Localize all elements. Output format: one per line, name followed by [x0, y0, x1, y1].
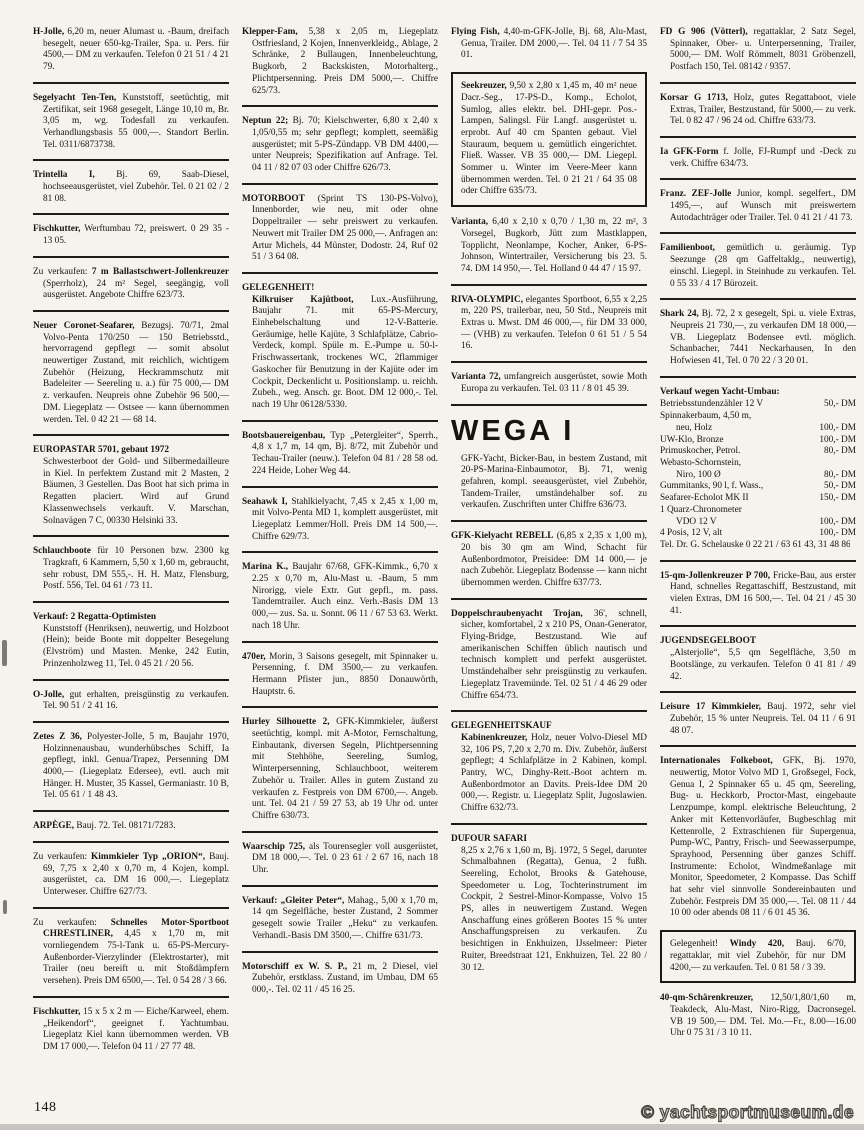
ad-separator — [33, 810, 229, 812]
classified-ad: Fischkutter, Werftumbau 72, preiswert. 0… — [33, 224, 229, 247]
ad-separator — [242, 641, 438, 643]
ad-separator — [660, 745, 856, 747]
page-number: 148 — [34, 1100, 57, 1116]
ad-text: Hurley Silhouette 2, GFK-Kimmkieler, äuß… — [242, 717, 438, 822]
ad-text: Kunststoff (Henriksen), neuwertig, und H… — [33, 624, 229, 671]
ad-lead: MOTORBOOT — [242, 194, 305, 204]
ad-body: Bj. 72, 2 x gesegelt, Spi. u. viele Extr… — [670, 309, 856, 366]
classified-ad: Klepper-Fam, 5,38 x 2,05 m, Liegeplatz O… — [242, 27, 438, 97]
classified-ad: Korsar G 1713, Holz, gutes Regattaboot, … — [660, 93, 856, 128]
ad-separator — [33, 213, 229, 215]
ad-text: FD G 906 (Vötterl), regattaklar, 2 Satz … — [660, 27, 856, 74]
ad-body: 6,20 m, neuer Alumast u. -Baum, dreifach… — [43, 27, 229, 72]
price-list-row: Tel. Dr. G. Schelauske 0 22 21 / 63 61 4… — [660, 540, 856, 552]
ad-text: Waarschip 725, als Tourensegler voll aus… — [242, 842, 438, 877]
ad-body: Morin, 3 Saisons gesegelt, mit Spinnaker… — [252, 652, 438, 697]
classified-ad: Waarschip 725, als Tourensegler voll aus… — [242, 842, 438, 877]
ad-lead-in: Zu verkaufen: — [33, 852, 91, 862]
price-list-row: 1 Quarz-Chronometer — [660, 505, 856, 517]
ad-body: Holz, neuer Volvo-Diesel MD 32, 106 PS, … — [461, 733, 647, 813]
price-list-item: VDO 12 V — [660, 517, 717, 529]
classified-ad: Franz. ZEF-Jolle Junior, kompl. segelfer… — [660, 189, 856, 224]
ad-separator — [242, 551, 438, 553]
classified-ad: GFK-Kielyacht REBELL (6,85 x 2,35 x 1,00… — [451, 531, 647, 590]
ad-text: Marina K., Baujahr 67/68, GFK-Kimmk., 6,… — [242, 562, 438, 632]
ad-body: 36', schnell, sicher, komfortabel, 2 x 2… — [461, 609, 647, 701]
ad-head: GELEGENHEIT! — [242, 283, 438, 295]
classifieds-page: H-Jolle, 6,20 m, neuer Alumast u. -Baum,… — [0, 0, 864, 1130]
ad-text: Neptun 22; Bj. 70; Kielschwerter, 6,80 x… — [242, 116, 438, 175]
ad-separator — [242, 105, 438, 107]
classified-ad: Zu verkaufen: 7 m Ballastschwert-Jollenk… — [33, 267, 229, 302]
ad-separator — [451, 404, 647, 406]
ad-text: Schlauchboote für 10 Personen bzw. 2300 … — [33, 546, 229, 593]
classified-ad: Shark 24, Bj. 72, 2 x gesegelt, Spi. u. … — [660, 309, 856, 368]
ad-separator — [242, 885, 438, 887]
ad-text: Klepper-Fam, 5,38 x 2,05 m, Liegeplatz O… — [242, 27, 438, 97]
price-list-price — [850, 540, 856, 552]
classified-ad: Verkauf wegen Yacht-Umbau: Betriebsstund… — [660, 387, 856, 552]
ad-separator — [242, 706, 438, 708]
ad-separator — [33, 535, 229, 537]
ad-text: 8,25 x 2,76 x 1,60 m, Bj. 1972, 5 Segel,… — [451, 846, 647, 975]
classified-ad: Marina K., Baujahr 67/68, GFK-Kimmk., 6,… — [242, 562, 438, 632]
ad-text: GFK-Kielyacht REBELL (6,85 x 2,35 x 1,00… — [451, 531, 647, 590]
ad-lead: Bootsbauereigenbau, — [242, 431, 325, 441]
ad-lead: Zetes Z 36, — [33, 732, 82, 742]
column-2: Klepper-Fam, 5,38 x 2,05 m, Liegeplatz O… — [242, 27, 438, 1054]
ad-separator — [660, 298, 856, 300]
price-list-row: 4 Posis, 12 V, alt100,- DM — [660, 528, 856, 540]
ad-text: Verkauf: „Gleiter Peter“, Mahag., 5,00 x… — [242, 896, 438, 943]
ad-body: GFK-Yacht, Bicker-Bau, in bestem Zustand… — [461, 454, 647, 511]
ad-body: GFK, Bj. 1970, neuwertig, Motor Volvo MD… — [670, 756, 856, 918]
classified-ad: Familienboot, gemütlich u. geräumig. Typ… — [660, 243, 856, 290]
ad-text: Ia GFK-Form f. Jolle, FJ-Rumpf und -Deck… — [660, 147, 856, 170]
ad-separator — [242, 183, 438, 185]
ad-text: Zetes Z 36, Polyester-Jolle, 5 m, Baujah… — [33, 732, 229, 802]
ad-separator — [33, 310, 229, 312]
ad-text: 40-qm-Schärenkreuzer, 12,50/1,80/1,60 m,… — [660, 993, 856, 1040]
ad-lead: 40-qm-Schärenkreuzer, — [660, 993, 753, 1003]
ad-separator — [451, 710, 647, 712]
price-list-price — [850, 458, 856, 470]
ad-lead-in: Zu verkaufen: — [33, 918, 111, 928]
ad-separator — [451, 361, 647, 363]
ad-text: Varianta, 6,40 x 2,10 x 0,70 / 1,30 m, 2… — [451, 217, 647, 276]
classified-ad: Fischkutter, 15 x 5 x 2 m — Eiche/Karwee… — [33, 1007, 229, 1054]
price-list-price: 150,- DM — [813, 493, 856, 505]
classified-ad: Zetes Z 36, Polyester-Jolle, 5 m, Baujah… — [33, 732, 229, 802]
ad-text: Seahawk I, Stahlkielyacht, 7,45 x 2,45 x… — [242, 497, 438, 544]
ad-lead: Doppelschraubenyacht Trojan, — [451, 609, 583, 619]
price-list-row: Gummitanks, 90 l, f. Wass.,50,- DM — [660, 481, 856, 493]
ad-body: Lux.-Ausführung, Baujahr 71. mit 65-PS-M… — [252, 295, 438, 410]
price-list-row: Webasto-Schornstein, — [660, 458, 856, 470]
ad-lead: Seekreuzer, — [461, 81, 507, 91]
ad-separator — [660, 82, 856, 84]
price-list-item: Betriebsstundenzähler 12 V — [660, 399, 763, 411]
ad-text: Fischkutter, Werftumbau 72, preiswert. 0… — [33, 224, 229, 247]
ad-lead: H-Jolle, — [33, 27, 64, 37]
ad-head: Verkauf: 2 Regatta-Optimisten — [33, 612, 229, 624]
classified-ad: Seahawk I, Stahlkielyacht, 7,45 x 2,45 x… — [242, 497, 438, 544]
classified-ad: H-Jolle, 6,20 m, neuer Alumast u. -Baum,… — [33, 27, 229, 74]
ad-text: H-Jolle, 6,20 m, neuer Alumast u. -Baum,… — [33, 27, 229, 74]
classified-ad: Gelegenheit! Windy 420, Bauj. 6/70, rega… — [660, 930, 856, 983]
classified-ad: Doppelschraubenyacht Trojan, 36', schnel… — [451, 609, 647, 703]
ad-text: 15-qm-Jollenkreuzer P 700, Fricke-Bau, a… — [660, 571, 856, 618]
price-list-row: Primuskocher, Petrol.80,- DM — [660, 446, 856, 458]
ad-lead: Varianta, — [451, 217, 488, 227]
classified-ad: EUROPASTAR 5701, gebaut 1972 Schwesterbo… — [33, 445, 229, 527]
classified-ad: GELEGENHEITSKAUF Kabinenkreuzer, Holz, n… — [451, 721, 647, 815]
classified-ad: Varianta, 6,40 x 2,10 x 0,70 / 1,30 m, 2… — [451, 217, 647, 276]
ad-lead: Kimmkieler Typ „ORION“, — [91, 852, 205, 862]
ad-text: Zu verkaufen: Schnelles Motor-Sportboot … — [33, 918, 229, 988]
ad-lead: Motorschiff ex W. S. P., — [242, 962, 347, 972]
price-list-item: Webasto-Schornstein, — [660, 458, 741, 470]
ad-body: Baujahr 67/68, GFK-Kimmk., 6,70 x 2.25 x… — [252, 562, 438, 631]
price-list-item: Gummitanks, 90 l, f. Wass., — [660, 481, 763, 493]
ad-lead: Familienboot, — [660, 243, 715, 253]
ad-separator — [660, 625, 856, 627]
ad-lead: 7 m Ballastschwert-Jollenkreuzer — [92, 267, 229, 277]
ad-lead-in: Gelegenheit! — [670, 939, 730, 949]
ad-lead: Flying Fish, — [451, 27, 500, 37]
classified-ad: Neuer Coronet-Seafarer, Bezugsj. 70/71, … — [33, 321, 229, 426]
price-list-item: UW-Klo, Bronze — [660, 435, 724, 447]
ad-headline: WEGA I — [451, 415, 647, 448]
ad-separator — [242, 272, 438, 274]
classified-ad: FD G 906 (Vötterl), regattaklar, 2 Satz … — [660, 27, 856, 74]
classified-ad: ARPÈGE, Bauj. 72. Tel. 08171/7283. — [33, 821, 229, 833]
price-list-item: Seafarer-Echolot MK II — [660, 493, 749, 505]
ad-separator — [660, 232, 856, 234]
ad-lead: GFK-Kielyacht REBELL — [451, 531, 553, 541]
ad-body: (Sperrholz), 24 m² Segel, seegängig, vol… — [43, 279, 229, 301]
ad-body: „Alsterjolle“, 5,5 qm Segelfläche, 3,50 … — [670, 648, 856, 681]
ad-body: Bezugsj. 70/71, 2mal Volvo-Penta 170/250… — [43, 321, 229, 425]
columns-container: H-Jolle, 6,20 m, neuer Alumast u. -Baum,… — [33, 27, 856, 1054]
ad-separator — [33, 721, 229, 723]
price-list-item: 1 Quarz-Chronometer — [660, 505, 742, 517]
ad-separator — [33, 434, 229, 436]
ad-separator — [660, 560, 856, 562]
ad-head: DUFOUR SAFARI — [451, 834, 647, 846]
price-list-row: VDO 12 V100,- DM — [660, 517, 856, 529]
ad-lead: FD G 906 (Vötterl), — [660, 27, 748, 37]
classified-ad: Schlauchboote für 10 Personen bzw. 2300 … — [33, 546, 229, 593]
ad-text: Fischkutter, 15 x 5 x 2 m — Eiche/Karwee… — [33, 1007, 229, 1054]
classified-ad: Bootsbauereigenbau, Typ „Petergleiter“, … — [242, 431, 438, 478]
classified-ad: Neptun 22; Bj. 70; Kielschwerter, 6,80 x… — [242, 116, 438, 175]
ad-text: Zu verkaufen: Kimmkieler Typ „ORION“, Ba… — [33, 852, 229, 899]
ad-text: Schwesterboot der Gold- und Silbermedail… — [33, 457, 229, 527]
classified-ad: GELEGENHEIT! Kilkruiser Kajütboot, Lux.-… — [242, 283, 438, 412]
scan-artifact — [2, 640, 7, 666]
ad-separator — [33, 159, 229, 161]
ad-lead: Marina K., — [242, 562, 288, 572]
ad-head: EUROPASTAR 5701, gebaut 1972 — [33, 445, 229, 457]
ad-text: „Alsterjolle“, 5,5 qm Segelfläche, 3,50 … — [660, 648, 856, 683]
ad-lead: 15-qm-Jollenkreuzer P 700, — [660, 571, 770, 581]
ad-text: Leisure 17 Kimmkieler, Bauj. 1972, sehr … — [660, 702, 856, 737]
classified-ad: Verkauf: „Gleiter Peter“, Mahag., 5,00 x… — [242, 896, 438, 943]
price-list-price: 100,- DM — [813, 435, 856, 447]
ad-separator — [451, 520, 647, 522]
classified-ad: O-Jolle, gut erhalten, preisgünstig zu v… — [33, 690, 229, 713]
ad-body: 6,40 x 2,10 x 0,70 / 1,30 m, 22 m², 3 Vo… — [461, 217, 647, 274]
classified-ad: RIVA-OLYMPIC, elegantes Sportboot, 6,55 … — [451, 295, 647, 354]
classified-ad: Flying Fish, 4,40-m-GFK-Jolle, Bj. 68, A… — [451, 27, 647, 62]
price-list-item: Spinnakerbaum, 4,50 m, — [660, 411, 751, 423]
classified-ad: 470er, Morin, 3 Saisons gesegelt, mit Sp… — [242, 652, 438, 699]
ad-lead: 470er, — [242, 652, 266, 662]
ad-lead: Internationales Folkeboot, — [660, 756, 773, 766]
ad-lead: Segelyacht Ten-Ten, — [33, 93, 116, 103]
ad-body: Schwesterboot der Gold- und Silbermedail… — [43, 457, 229, 526]
ad-text: Franz. ZEF-Jolle Junior, kompl. segelfer… — [660, 189, 856, 224]
ad-body: Polyester-Jolle, 5 m, Baujahr 1970, Holz… — [43, 732, 229, 801]
ad-price-list: Betriebsstundenzähler 12 V50,- DMSpinnak… — [660, 399, 856, 551]
classified-ad: Trintella I, Bj. 69, Saab-Diesel, hochse… — [33, 170, 229, 205]
ad-separator — [242, 831, 438, 833]
ad-lead: Korsar G 1713, — [660, 93, 728, 103]
ad-text: Neuer Coronet-Seafarer, Bezugsj. 70/71, … — [33, 321, 229, 426]
ad-lead: Neuer Coronet-Seafarer, — [33, 321, 135, 331]
ad-text: Seekreuzer, 9,50 x 2,80 x 1,45 m, 40 m² … — [461, 81, 637, 198]
price-list-row: Niro, 100 Ø80,- DM — [660, 470, 856, 482]
ad-lead: O-Jolle, — [33, 690, 64, 700]
price-list-price: 50,- DM — [818, 399, 856, 411]
ad-separator — [33, 996, 229, 998]
ad-lead: Trintella I, — [33, 170, 95, 180]
watermark: © yachtsportmuseum.de — [641, 1102, 854, 1123]
price-list-item: Niro, 100 Ø — [660, 470, 721, 482]
ad-lead: Shark 24, — [660, 309, 699, 319]
ad-lead: Kabinenkreuzer, — [461, 733, 527, 743]
ad-text: Motorschiff ex W. S. P., 21 m, 2 Diesel,… — [242, 962, 438, 997]
ad-lead: Neptun 22; — [242, 116, 288, 126]
ad-lead: Kilkruiser Kajütboot, — [252, 295, 354, 305]
ad-text: Flying Fish, 4,40-m-GFK-Jolle, Bj. 68, A… — [451, 27, 647, 62]
ad-separator — [451, 823, 647, 825]
ad-text: Bootsbauereigenbau, Typ „Petergleiter“, … — [242, 431, 438, 478]
classified-ad: 15-qm-Jollenkreuzer P 700, Fricke-Bau, a… — [660, 571, 856, 618]
ad-text: Segelyacht Ten-Ten, Kunststoff, seetücht… — [33, 93, 229, 152]
ad-lead: Franz. ZEF-Jolle — [660, 189, 731, 199]
ad-text: Doppelschraubenyacht Trojan, 36', schnel… — [451, 609, 647, 703]
ad-separator — [242, 420, 438, 422]
classified-ad: Verkauf: 2 Regatta-Optimisten Kunststoff… — [33, 612, 229, 671]
ad-separator — [451, 598, 647, 600]
ad-separator — [33, 601, 229, 603]
ad-text: MOTORBOOT (Sprint TS 130-PS-Volvo), Inne… — [242, 194, 438, 264]
classified-ad: Zu verkaufen: Schnelles Motor-Sportboot … — [33, 918, 229, 988]
ad-text: Gelegenheit! Windy 420, Bauj. 6/70, rega… — [670, 939, 846, 974]
ad-text: RIVA-OLYMPIC, elegantes Sportboot, 6,55 … — [451, 295, 647, 354]
ad-text: Korsar G 1713, Holz, gutes Regattaboot, … — [660, 93, 856, 128]
ad-body: 9,50 x 2,80 x 1,45 m, 40 m² neue Dacr.-S… — [461, 81, 637, 196]
price-list-price: 80,- DM — [818, 446, 856, 458]
classified-ad: DUFOUR SAFARI 8,25 x 2,76 x 1,60 m, Bj. … — [451, 834, 647, 974]
classified-ad: 40-qm-Schärenkreuzer, 12,50/1,80/1,60 m,… — [660, 993, 856, 1040]
price-list-price: 50,- DM — [818, 481, 856, 493]
ad-separator — [33, 256, 229, 258]
ad-lead-in: Zu verkaufen: — [33, 267, 92, 277]
ad-lead: Hurley Silhouette 2, — [242, 717, 330, 727]
ad-head: JUGENDSEGELBOOT — [660, 636, 856, 648]
ad-separator — [242, 486, 438, 488]
ad-lead: Fischkutter, — [33, 224, 80, 234]
price-list-item: neu, Holz — [660, 423, 712, 435]
ad-lead: ARPÈGE, — [33, 821, 74, 831]
classified-ad: Leisure 17 Kimmkieler, Bauj. 1972, sehr … — [660, 702, 856, 737]
classified-ad: Internationales Folkeboot, GFK, Bj. 1970… — [660, 756, 856, 920]
ad-separator — [451, 284, 647, 286]
ad-text: GFK-Yacht, Bicker-Bau, in bestem Zustand… — [451, 454, 647, 513]
ad-lead: Ia GFK-Form — [660, 147, 719, 157]
ad-lead: RIVA-OLYMPIC, — [451, 295, 523, 305]
ad-text: Kabinenkreuzer, Holz, neuer Volvo-Diesel… — [451, 733, 647, 815]
column-4: FD G 906 (Vötterl), regattaklar, 2 Satz … — [660, 27, 856, 1054]
classified-ad: Hurley Silhouette 2, GFK-Kimmkieler, äuß… — [242, 717, 438, 822]
ad-lead: Schlauchboote — [33, 546, 91, 556]
ad-body: (Sprint TS 130-PS-Volvo), Innenborder, w… — [252, 194, 438, 263]
classified-ad: WEGA I GFK-Yacht, Bicker-Bau, in bestem … — [451, 415, 647, 513]
ad-text: O-Jolle, gut erhalten, preisgünstig zu v… — [33, 690, 229, 713]
ad-body: gut erhalten, preisgünstig zu verkaufen.… — [43, 690, 229, 712]
price-list-price: 80,- DM — [818, 470, 856, 482]
ad-lead: Seahawk I, — [242, 497, 288, 507]
ad-separator — [33, 679, 229, 681]
classified-ad: MOTORBOOT (Sprint TS 130-PS-Volvo), Inne… — [242, 194, 438, 264]
ad-separator — [33, 82, 229, 84]
classified-ad: Segelyacht Ten-Ten, Kunststoff, seetücht… — [33, 93, 229, 152]
ad-text: Familienboot, gemütlich u. geräumig. Typ… — [660, 243, 856, 290]
ad-text: Shark 24, Bj. 72, 2 x gesegelt, Spi. u. … — [660, 309, 856, 368]
ad-body: 5,38 x 2,05 m, Liegeplatz Ostfriesland, … — [252, 27, 438, 96]
price-list-row: Betriebsstundenzähler 12 V50,- DM — [660, 399, 856, 411]
ad-lead: Fischkutter, — [33, 1007, 80, 1017]
scan-artifact — [3, 900, 7, 914]
price-list-item: 4 Posis, 12 V, alt — [660, 528, 722, 540]
ad-body: Bauj. 72. Tel. 08171/7283. — [74, 821, 175, 831]
ad-body: Kunststoff (Henriksen), neuwertig, und H… — [43, 624, 229, 669]
price-list-price — [850, 505, 856, 517]
classified-ad: Motorschiff ex W. S. P., 21 m, 2 Diesel,… — [242, 962, 438, 997]
classified-ad: Varianta 72, umfangreich ausgerüstet, so… — [451, 372, 647, 395]
ad-text: Trintella I, Bj. 69, Saab-Diesel, hochse… — [33, 170, 229, 205]
ad-lead: Windy 420, — [730, 939, 785, 949]
ad-text: Zu verkaufen: 7 m Ballastschwert-Jollenk… — [33, 267, 229, 302]
ad-separator — [660, 178, 856, 180]
ad-head: Verkauf wegen Yacht-Umbau: — [660, 387, 856, 399]
ad-lead: Leisure 17 Kimmkieler, — [660, 702, 761, 712]
price-list-row: UW-Klo, Bronze100,- DM — [660, 435, 856, 447]
price-list-price — [850, 411, 856, 423]
scan-edge — [0, 1124, 864, 1130]
classified-ad: Seekreuzer, 9,50 x 2,80 x 1,45 m, 40 m² … — [451, 72, 647, 207]
ad-separator — [660, 136, 856, 138]
price-list-row: Spinnakerbaum, 4,50 m, — [660, 411, 856, 423]
ad-body: GFK-Kimmkieler, äußerst seetüchtig, komp… — [252, 717, 438, 821]
price-list-item: Tel. Dr. G. Schelauske 0 22 21 / 63 61 4… — [660, 540, 850, 552]
ad-separator — [660, 376, 856, 378]
ad-text: 470er, Morin, 3 Saisons gesegelt, mit Sp… — [242, 652, 438, 699]
ad-separator — [242, 951, 438, 953]
price-list-row: neu, Holz100,- DM — [660, 423, 856, 435]
price-list-row: Seafarer-Echolot MK II150,- DM — [660, 493, 856, 505]
classified-ad: Ia GFK-Form f. Jolle, FJ-Rumpf und -Deck… — [660, 147, 856, 170]
ad-text: Kilkruiser Kajütboot, Lux.-Ausführung, B… — [242, 295, 438, 412]
price-list-price: 100,- DM — [813, 517, 856, 529]
classified-ad: JUGENDSEGELBOOT „Alsterjolle“, 5,5 qm Se… — [660, 636, 856, 683]
ad-lead: Klepper-Fam, — [242, 27, 298, 37]
ad-separator — [33, 841, 229, 843]
price-list-item: Primuskocher, Petrol. — [660, 446, 740, 458]
ad-lead: Varianta 72, — [451, 372, 501, 382]
price-list-price: 100,- DM — [813, 423, 856, 435]
ad-lead: Waarschip 725, — [242, 842, 305, 852]
ad-head: GELEGENHEITSKAUF — [451, 721, 647, 733]
ad-separator — [660, 691, 856, 693]
column-1: H-Jolle, 6,20 m, neuer Alumast u. -Baum,… — [33, 27, 229, 1054]
column-3: Flying Fish, 4,40-m-GFK-Jolle, Bj. 68, A… — [451, 27, 647, 1054]
classified-ad: Zu verkaufen: Kimmkieler Typ „ORION“, Ba… — [33, 852, 229, 899]
ad-body: 8,25 x 2,76 x 1,60 m, Bj. 1972, 5 Segel,… — [461, 846, 647, 973]
ad-separator — [33, 907, 229, 909]
ad-text: ARPÈGE, Bauj. 72. Tel. 08171/7283. — [33, 821, 229, 833]
ad-text: Varianta 72, umfangreich ausgerüstet, so… — [451, 372, 647, 395]
price-list-price: 100,- DM — [813, 528, 856, 540]
ad-text: Internationales Folkeboot, GFK, Bj. 1970… — [660, 756, 856, 920]
ad-lead: Verkauf: „Gleiter Peter“, — [242, 896, 344, 906]
